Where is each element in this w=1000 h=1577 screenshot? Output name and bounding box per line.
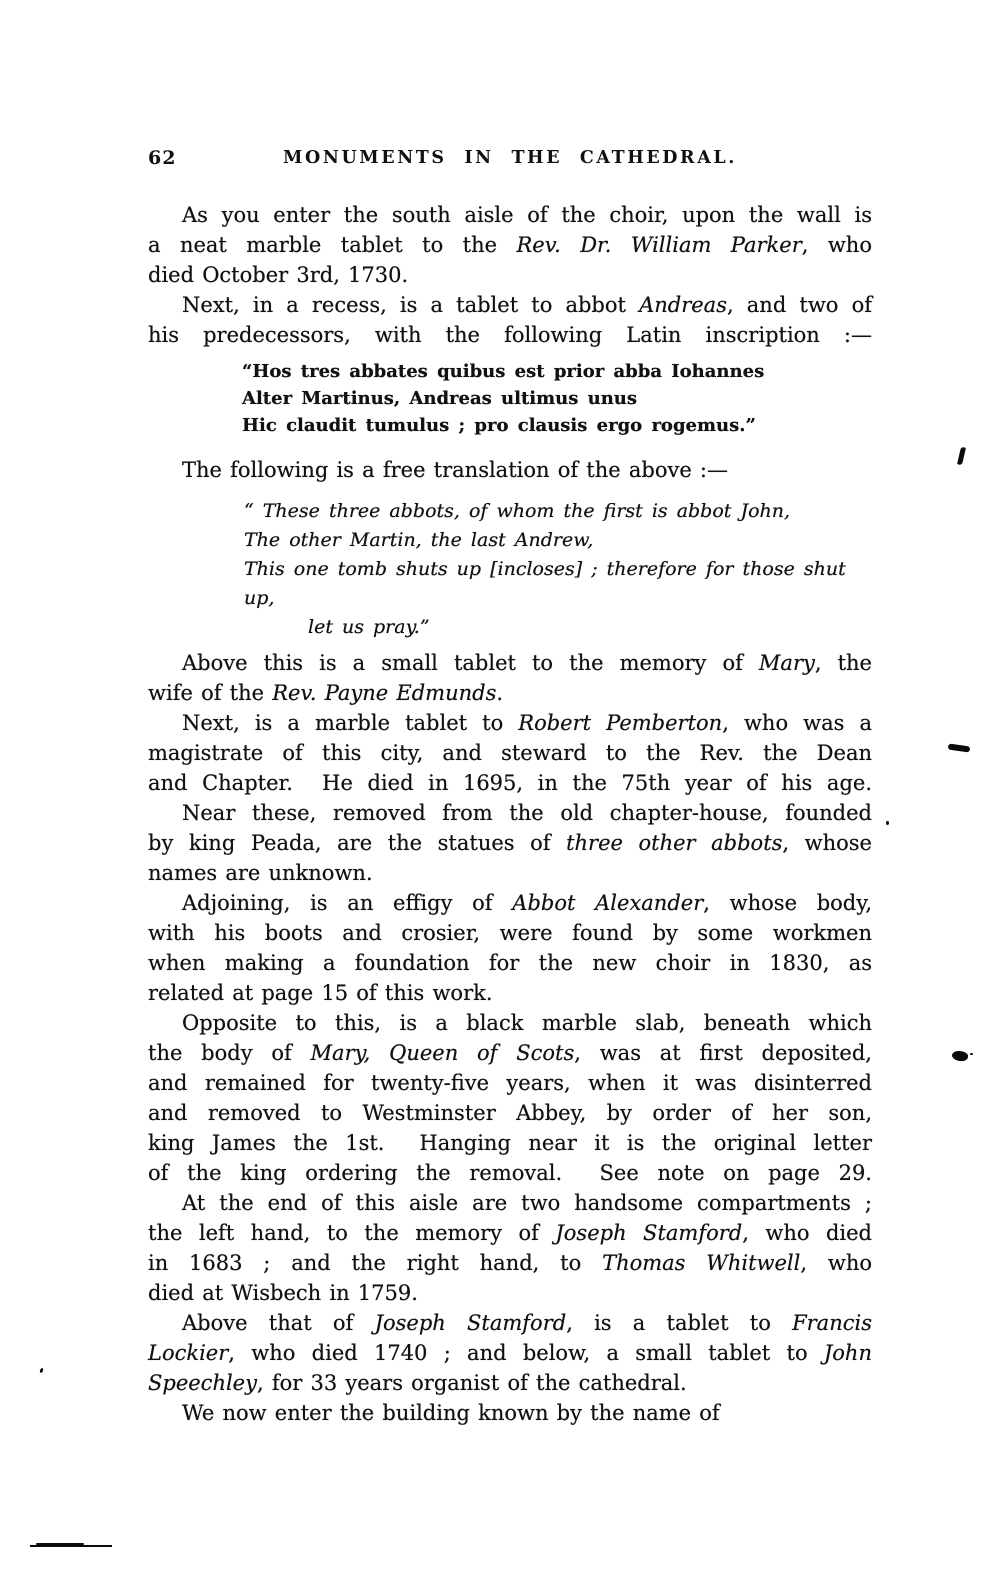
- text-segment: died at Wisbech in 1759.: [148, 1281, 418, 1305]
- text-segment: Next, in a recess, is a tablet to abbot: [182, 293, 639, 317]
- text-line: Speechley, for 33 years organist of the …: [148, 1368, 872, 1398]
- text-line: wife of the Rev. Payne Edmunds.: [148, 678, 872, 708]
- text-line: “ These three abbots, of whom the first …: [244, 497, 872, 526]
- text-line: Above that of Joseph Stamford, is a tabl…: [148, 1308, 872, 1338]
- ink-dot-mark: [970, 1053, 973, 1055]
- text-line: Next, in a recess, is a tablet to abbot …: [148, 290, 872, 320]
- text-line: Above this is a small tablet to the memo…: [148, 648, 872, 678]
- italic-text: Rev. Dr. William Parker: [516, 233, 801, 257]
- text-segment: his predecessors, with the following Lat…: [148, 323, 872, 347]
- ink-stroke-mark: [957, 447, 966, 466]
- italic-text: Mary, Queen of Scots: [311, 1041, 575, 1065]
- paragraph: Above that of Joseph Stamford, is a tabl…: [148, 1308, 872, 1398]
- text-segment: This one tomb shuts up [incloses] ; ther…: [244, 558, 846, 609]
- italic-text: John: [824, 1341, 872, 1365]
- italic-text: Mary: [759, 651, 815, 675]
- text-segment: The other Martin, the last Andrew,: [244, 529, 593, 551]
- text-line: We now enter the building known by the n…: [148, 1398, 872, 1428]
- ink-blob-mark: [951, 1049, 969, 1062]
- text-line: related at page 15 of this work.: [148, 978, 872, 1008]
- text-segment: , whose: [782, 831, 872, 855]
- italic-text: Lockier: [148, 1341, 228, 1365]
- text-segment: and Chapter. He died in 1695, in the 75t…: [148, 771, 872, 795]
- text-line: magistrate of this city, and steward to …: [148, 738, 872, 768]
- text-segment: , who died 1740 ; and below, a small tab…: [228, 1341, 824, 1365]
- text-line: and Chapter. He died in 1695, in the 75t…: [148, 768, 872, 798]
- italic-text: Joseph Stamford: [375, 1311, 567, 1335]
- text-segment: Adjoining, is an effigy of: [182, 891, 512, 915]
- latin-inscription: “Hos tres abbates quibus est prior abba …: [242, 358, 872, 439]
- text-line: when making a foundation for the new cho…: [148, 948, 872, 978]
- text-line: This one tomb shuts up [incloses] ; ther…: [244, 555, 872, 613]
- italic-text: Joseph Stamford: [555, 1221, 742, 1245]
- paragraph: Near these, removed from the old chapter…: [148, 798, 872, 888]
- text-segment: the left hand, to the memory of: [148, 1221, 555, 1245]
- text-segment: Near these, removed from the old chapter…: [182, 801, 872, 825]
- text-segment: As you enter the south aisle of the choi…: [182, 203, 872, 227]
- text-segment: , who: [800, 1251, 872, 1275]
- text-line: died October 3rd, 1730.: [148, 260, 872, 290]
- text-segment: , is a tablet to: [566, 1311, 792, 1335]
- text-line: and removed to Westminster Abbey, by ord…: [148, 1098, 872, 1128]
- text-line: let us pray.”: [308, 613, 872, 642]
- text-segment: of the king ordering the removal. See no…: [148, 1161, 872, 1185]
- italic-text: Rev. Payne Edmunds: [272, 681, 496, 705]
- text-segment: .: [496, 681, 503, 705]
- italic-text: Thomas Whitwell: [602, 1251, 800, 1275]
- text-segment: in 1683 ; and the right hand, to: [148, 1251, 602, 1275]
- text-line: in 1683 ; and the right hand, to Thomas …: [148, 1248, 872, 1278]
- paragraph: The following is a free translation of t…: [148, 455, 872, 485]
- bottom-rule: [30, 1545, 112, 1547]
- scanned-page: 62 MONUMENTS IN THE CATHEDRAL. As you en…: [0, 0, 1000, 1577]
- italic-text: Speechley: [148, 1371, 257, 1395]
- text-line: and remained for twenty-five years, when…: [148, 1068, 872, 1098]
- text-segment: , who was a: [722, 711, 872, 735]
- text-segment: , who: [802, 233, 872, 257]
- italic-text: Andreas: [639, 293, 727, 317]
- text-segment: , who died: [742, 1221, 872, 1245]
- text-segment: Above that of: [182, 1311, 375, 1335]
- paragraph: As you enter the south aisle of the choi…: [148, 200, 872, 290]
- text-line: the body of Mary, Queen of Scots, was at…: [148, 1038, 872, 1068]
- paragraph: Next, in a recess, is a tablet to abbot …: [148, 290, 872, 350]
- paragraph: Next, is a marble tablet to Robert Pembe…: [148, 708, 872, 798]
- text-line: with his boots and crosier, were found b…: [148, 918, 872, 948]
- text-line: Alter Martinus, Andreas ultimus unus: [242, 385, 872, 412]
- text-line: Next, is a marble tablet to Robert Pembe…: [148, 708, 872, 738]
- text-segment: a neat marble tablet to the: [148, 233, 516, 257]
- text-line: his predecessors, with the following Lat…: [148, 320, 872, 350]
- text-line: “Hos tres abbates quibus est prior abba …: [242, 358, 872, 385]
- text-line: Lockier, who died 1740 ; and below, a sm…: [148, 1338, 872, 1368]
- text-segment: wife of the: [148, 681, 272, 705]
- italic-text: three other abbots: [566, 831, 782, 855]
- text-line: a neat marble tablet to the Rev. Dr. Wil…: [148, 230, 872, 260]
- text-segment: with his boots and crosier, were found b…: [148, 921, 872, 945]
- text-segment: Alter Martinus, Andreas ultimus unus: [242, 388, 637, 409]
- text-line: Opposite to this, is a black marble slab…: [148, 1008, 872, 1038]
- text-segment: Hic claudit tumulus ; pro clausis ergo r…: [242, 415, 756, 436]
- translation-quote: “ These three abbots, of whom the first …: [244, 497, 872, 642]
- text-segment: At the end of this aisle are two handsom…: [182, 1191, 872, 1215]
- text-segment: “Hos tres abbates quibus est prior abba …: [242, 361, 764, 382]
- text-segment: The following is a free translation of t…: [182, 458, 728, 482]
- text-segment: died October 3rd, 1730.: [148, 263, 408, 287]
- text-segment: names are unknown.: [148, 861, 373, 885]
- text-segment: magistrate of this city, and steward to …: [148, 741, 872, 765]
- text-segment: , and two of: [727, 293, 872, 317]
- text-line: Hic claudit tumulus ; pro clausis ergo r…: [242, 412, 872, 439]
- text-segment: , the: [815, 651, 872, 675]
- text-segment: Above this is a small tablet to the memo…: [182, 651, 759, 675]
- text-segment: , was at first deposited,: [574, 1041, 872, 1065]
- text-segment: related at page 15 of this work.: [148, 981, 493, 1005]
- text-line: of the king ordering the removal. See no…: [148, 1158, 872, 1188]
- text-segment: when making a foundation for the new cho…: [148, 951, 872, 975]
- bottom-rule-bump: [36, 1543, 84, 1545]
- text-line: Adjoining, is an effigy of Abbot Alexand…: [148, 888, 872, 918]
- text-segment: “ These three abbots, of whom the first …: [244, 500, 790, 522]
- text-line: At the end of this aisle are two handsom…: [148, 1188, 872, 1218]
- page-body: As you enter the south aisle of the choi…: [148, 200, 872, 1428]
- text-segment: Next, is a marble tablet to: [182, 711, 518, 735]
- text-segment: and removed to Westminster Abbey, by ord…: [148, 1101, 872, 1125]
- text-line: Near these, removed from the old chapter…: [148, 798, 872, 828]
- page-header: 62 MONUMENTS IN THE CATHEDRAL.: [148, 147, 872, 175]
- text-segment: the body of: [148, 1041, 311, 1065]
- paragraph: Opposite to this, is a black marble slab…: [148, 1008, 872, 1188]
- text-segment: We now enter the building known by the n…: [182, 1401, 720, 1425]
- ink-dash-mark: [948, 743, 971, 752]
- italic-text: Abbot Alexander: [512, 891, 703, 915]
- text-segment: , whose body,: [703, 891, 872, 915]
- text-segment: and remained for twenty-five years, when…: [148, 1071, 872, 1095]
- text-line: by king Peada, are the statues of three …: [148, 828, 872, 858]
- text-line: the left hand, to the memory of Joseph S…: [148, 1218, 872, 1248]
- text-line: names are unknown.: [148, 858, 872, 888]
- italic-text: Francis: [792, 1311, 872, 1335]
- running-head: MONUMENTS IN THE CATHEDRAL.: [148, 148, 872, 168]
- text-segment: king James the 1st. Hanging near it is t…: [148, 1131, 872, 1155]
- paragraph: Above this is a small tablet to the memo…: [148, 648, 872, 708]
- text-segment: , for 33 years organist of the cathedral…: [257, 1371, 687, 1395]
- text-segment: Opposite to this, is a black marble slab…: [182, 1011, 872, 1035]
- text-line: The other Martin, the last Andrew,: [244, 526, 872, 555]
- text-line: The following is a free translation of t…: [148, 455, 872, 485]
- paragraph: At the end of this aisle are two handsom…: [148, 1188, 872, 1308]
- paragraph: Adjoining, is an effigy of Abbot Alexand…: [148, 888, 872, 1008]
- text-segment: let us pray.”: [308, 616, 430, 638]
- text-segment: by king Peada, are the statues of: [148, 831, 566, 855]
- text-line: king James the 1st. Hanging near it is t…: [148, 1128, 872, 1158]
- ink-speck-right: [886, 821, 889, 825]
- paragraph: We now enter the building known by the n…: [148, 1398, 872, 1428]
- text-line: As you enter the south aisle of the choi…: [148, 200, 872, 230]
- italic-text: Robert Pemberton: [518, 711, 722, 735]
- ink-speck-left: [39, 1368, 44, 1374]
- text-line: died at Wisbech in 1759.: [148, 1278, 872, 1308]
